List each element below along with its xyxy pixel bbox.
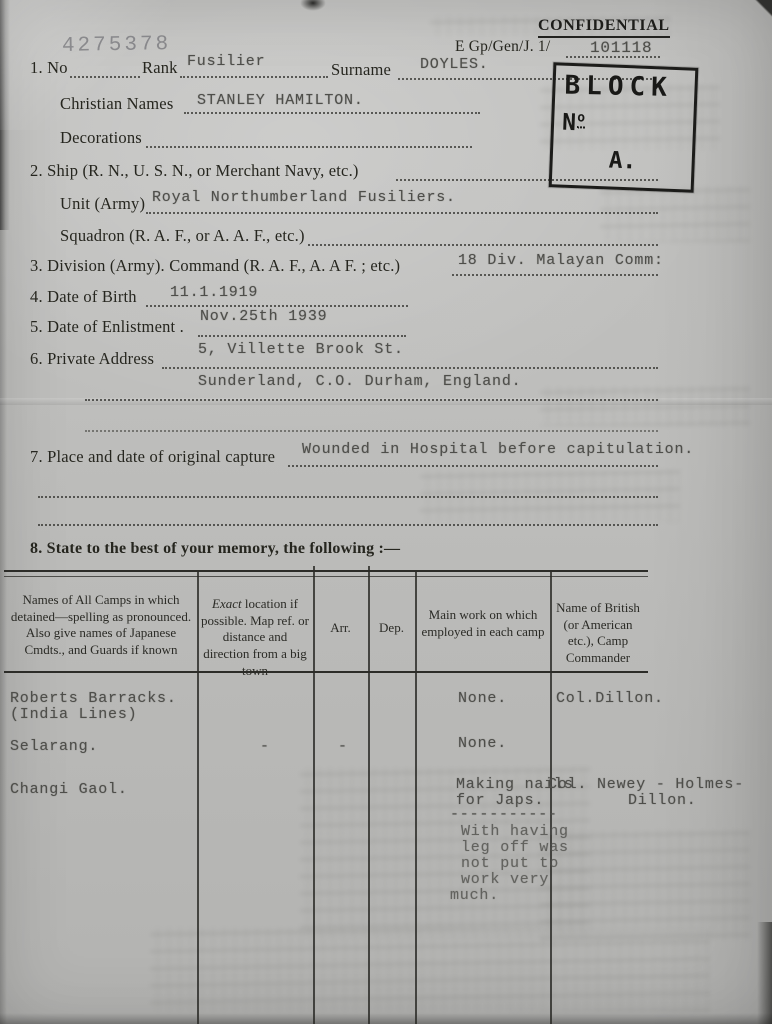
field-no-label: 1. No — [30, 58, 68, 78]
cell-main-work: work very — [461, 871, 549, 888]
scan-edge-shadow-bottom — [0, 1013, 772, 1024]
field-address-label: 6. Private Address — [30, 349, 154, 369]
dotted-rule — [85, 416, 658, 432]
serial-number-stamp: 4275378 — [62, 33, 172, 58]
field-birth-label: 4. Date of Birth — [30, 287, 137, 307]
cell-camp-name: Changi Gaol. — [10, 781, 128, 798]
table-header-commander: Name of British (or American etc.), Camp… — [552, 600, 644, 667]
field-squadron-label: Squadron (R. A. F., or A. A. F., etc.) — [60, 226, 305, 246]
field-surname-label: Surname — [331, 60, 391, 80]
field-rank-value: Fusilier — [187, 53, 265, 70]
field-division-value: 18 Div. Malayan Comm: — [458, 252, 664, 269]
dotted-rule — [38, 482, 658, 498]
cell-arr-dash: - — [338, 738, 348, 755]
dotted-rule — [70, 62, 140, 78]
block-stamp-word: BLOCK — [564, 71, 673, 103]
field-christian-names-label: Christian Names — [60, 94, 173, 114]
scan-edge-shadow-left-lower — [0, 230, 7, 1024]
cell-camp-name: (India Lines) — [10, 706, 137, 723]
cell-main-work: With having — [461, 823, 569, 840]
field-enlistment-label: 5. Date of Enlistment . — [30, 317, 184, 337]
file-reference-number: 101118 — [590, 39, 652, 57]
classification-header: CONFIDENTIAL — [538, 17, 670, 38]
scan-mark-right-edge — [757, 922, 772, 1024]
field-address-value-line2: Sunderland, C.O. Durham, England. — [198, 373, 521, 390]
table-header-dep: Dep. — [368, 620, 415, 637]
field-memory-heading: 8. State to the best of your memory, the… — [30, 540, 400, 558]
table-header-camps: Names of All Camps in which detained—spe… — [10, 592, 192, 659]
bleedthrough-smudge — [150, 928, 710, 1012]
field-enlistment-value: Nov.25th 1939 — [200, 308, 327, 325]
field-birth-value: 11.1.1919 — [170, 284, 258, 301]
cell-camp-name: Selarang. — [10, 738, 98, 755]
cell-commander: Col. Newey - Holmes- — [548, 776, 744, 793]
cell-camp-name: Roberts Barracks. — [10, 690, 177, 707]
cell-commander: Dillon. — [628, 792, 697, 809]
field-division-label: 3. Division (Army). Command (R. A. F., A… — [30, 256, 400, 276]
scan-mark-top-right-corner — [754, 0, 772, 18]
table-column-divider — [197, 572, 199, 1024]
field-unit-value: Royal Northumberland Fusiliers. — [152, 189, 456, 206]
dotted-rule — [308, 230, 658, 246]
cell-main-work: not put to — [461, 855, 559, 872]
field-capture-value: Wounded in Hospital before capitulation. — [302, 441, 694, 458]
field-decorations-label: Decorations — [60, 128, 142, 148]
cell-main-work: None. — [458, 735, 507, 752]
block-stamp-letter: A. — [608, 147, 637, 174]
field-unit-label: Unit (Army) — [60, 194, 145, 214]
field-surname-value: DOYLES. — [420, 56, 489, 73]
table-header-work: Main work on which employed in each camp — [420, 607, 546, 640]
bleedthrough-smudge — [540, 830, 750, 940]
table-column-divider — [415, 572, 417, 1024]
cell-main-work-divider: ----------- — [450, 806, 558, 823]
field-ship-label: 2. Ship (R. N., U. S. N., or Merchant Na… — [30, 161, 359, 181]
cell-location-dash: - — [260, 738, 270, 755]
field-christian-names-value: STANLEY HAMILTON. — [197, 92, 364, 109]
block-number-stamp: BLOCK No A. — [549, 62, 699, 192]
table-header-location: Exact location if possible. Map ref. or … — [201, 596, 309, 679]
file-reference-label: E Gp/Gen/J. 1/ — [455, 38, 550, 56]
field-rank-label: Rank — [142, 58, 178, 78]
cell-main-work: much. — [450, 887, 499, 904]
scan-mark-top-center — [300, 0, 326, 11]
field-address-value-line1: 5, Villette Brook St. — [198, 341, 404, 358]
block-stamp-no-label: No — [562, 110, 586, 137]
cell-main-work: None. — [458, 690, 507, 707]
table-header-arr: Arr. — [313, 620, 368, 637]
scanned-form-page: CONFIDENTIAL E Gp/Gen/J. 1/ 101118 42753… — [0, 0, 772, 1024]
dotted-rule — [38, 510, 658, 526]
dotted-rule — [146, 132, 472, 148]
cell-main-work: leg off was — [461, 839, 569, 856]
field-capture-label: 7. Place and date of original capture — [30, 447, 275, 467]
cell-commander: Col.Dillon. — [556, 690, 664, 707]
scan-edge-shadow-left — [0, 0, 10, 230]
